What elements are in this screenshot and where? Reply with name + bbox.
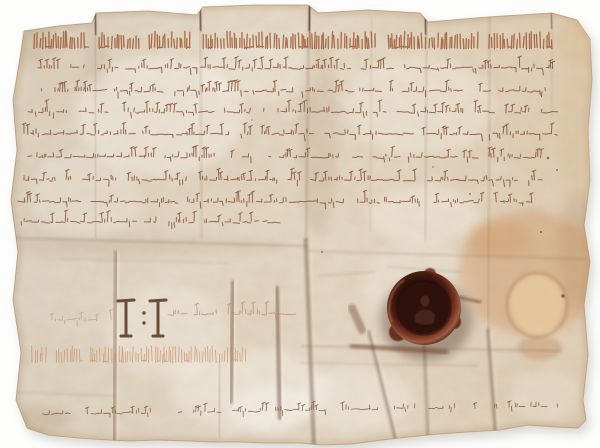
photo-frame: Photograph of a medieval parchment chart… xyxy=(0,0,600,448)
charter-photograph xyxy=(0,0,600,448)
seal-bust-shoulders xyxy=(415,310,435,325)
seal-bust-head xyxy=(421,296,430,307)
